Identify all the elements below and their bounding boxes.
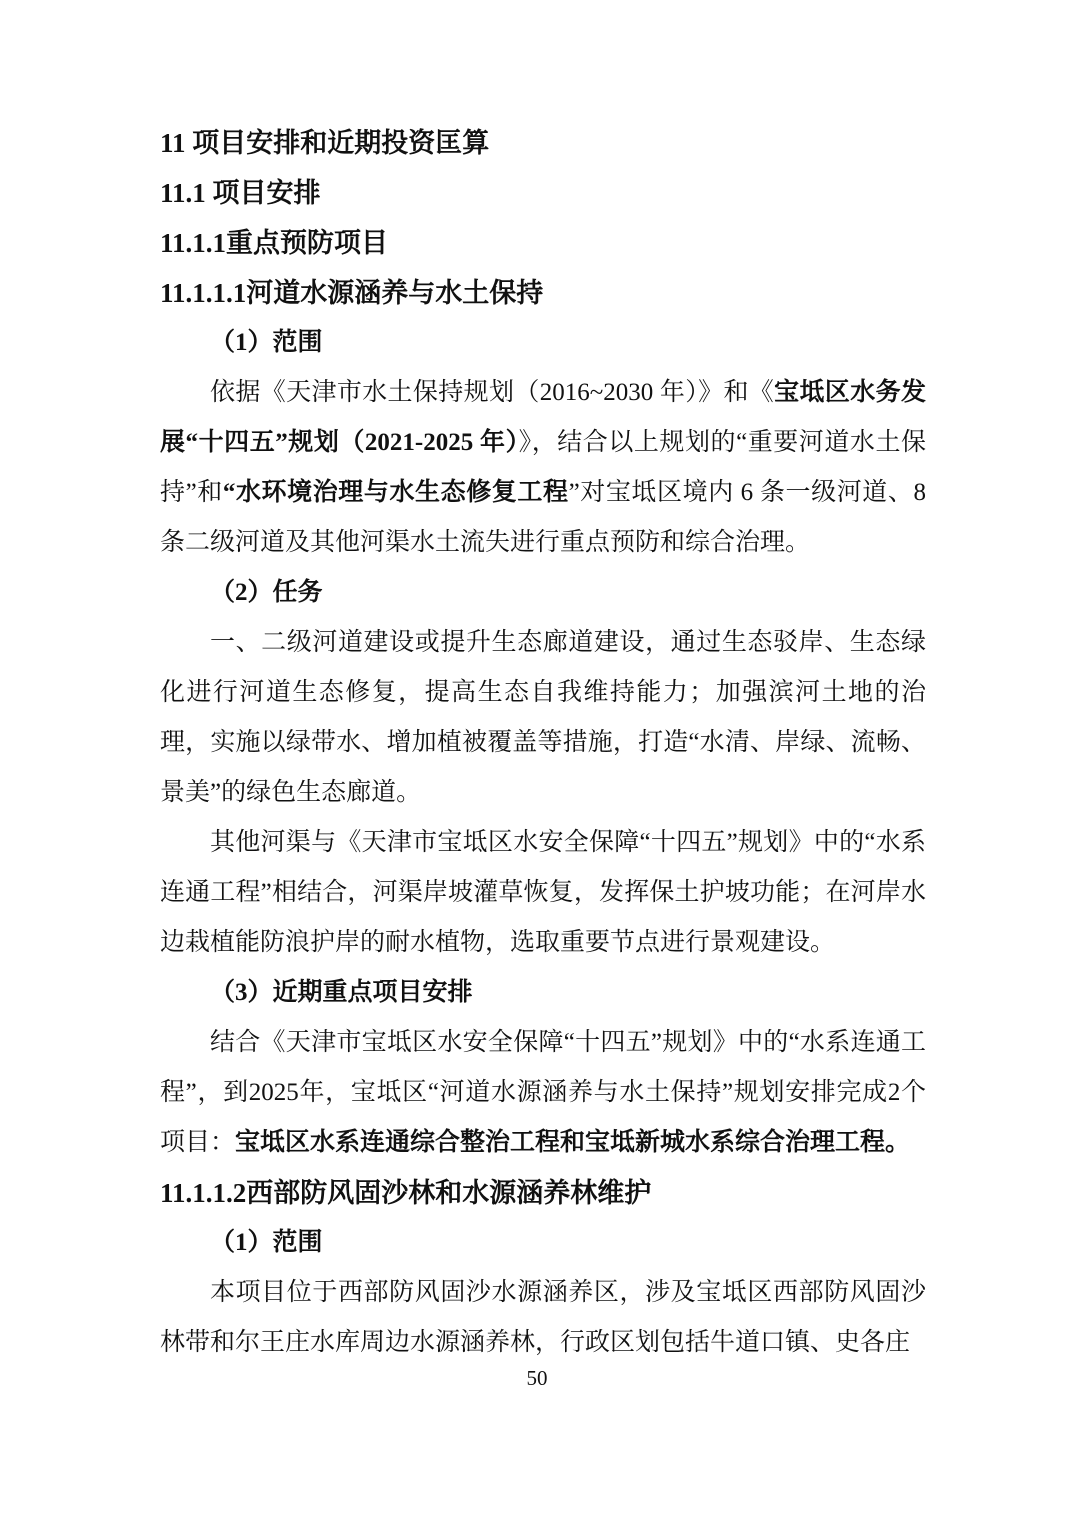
heading-section: 11.1 项目安排	[160, 168, 926, 218]
heading-topic-windbreak-forest: 11.1.1.2西部防风固沙林和水源涵养林维护	[160, 1168, 926, 1218]
heading-subsection: 11.1.1重点预防项目	[160, 218, 926, 268]
document-content: 11 项目安排和近期投资匡算11.1 项目安排11.1.1重点预防项目11.1.…	[160, 118, 926, 1368]
heading-topic-river-conservation: 11.1.1.1河道水源涵养与水土保持	[160, 268, 926, 318]
heading-chapter: 11 项目安排和近期投资匡算	[160, 118, 926, 168]
document-page: 11 项目安排和近期投资匡算11.1 项目安排11.1.1重点预防项目11.1.…	[0, 0, 1074, 1520]
text-segment: 一、二级河道建设或提升生态廊道建设，通过生态驳岸、生态绿化进行河道生态修复，提高…	[160, 629, 926, 806]
subheading-tasks: （2）任务	[160, 568, 926, 618]
text-segment: 本项目位于西部防风固沙水源涵养区，涉及宝坻区西部防风固沙林带和尔王庄水库周边水源…	[160, 1279, 926, 1356]
paragraph-scope-basis: 依据《天津市水土保持规划（2016~2030 年）》和《宝坻区水务发展“十四五”…	[160, 368, 926, 568]
page-number: 50	[0, 1364, 1074, 1392]
bold-text-segment: “水环境治理与水生态修复工程	[223, 479, 569, 506]
subheading-scope-1: （1）范围	[160, 318, 926, 368]
paragraph-recent-projects: 结合《天津市宝坻区水安全保障“十四五”规划》中的“水系连通工程”，到2025年，…	[160, 1018, 926, 1168]
subheading-scope-2: （1）范围	[160, 1218, 926, 1268]
subheading-recent-projects: （3）近期重点项目安排	[160, 968, 926, 1018]
paragraph-task-channels: 其他河渠与《天津市宝坻区水安全保障“十四五”规划》中的“水系连通工程”相结合，河…	[160, 818, 926, 968]
text-segment: 依据《天津市水土保持规划（2016~2030 年）》和《	[210, 379, 774, 406]
paragraph-forest-scope: 本项目位于西部防风固沙水源涵养区，涉及宝坻区西部防风固沙林带和尔王庄水库周边水源…	[160, 1268, 926, 1368]
bold-text-segment: 宝坻区水系连通综合整治工程和宝坻新城水系综合治理工程。	[235, 1129, 910, 1156]
text-segment: 其他河渠与《天津市宝坻区水安全保障“十四五”规划》中的“水系连通工程”相结合，河…	[160, 829, 926, 956]
paragraph-task-rivers: 一、二级河道建设或提升生态廊道建设，通过生态驳岸、生态绿化进行河道生态修复，提高…	[160, 618, 926, 818]
